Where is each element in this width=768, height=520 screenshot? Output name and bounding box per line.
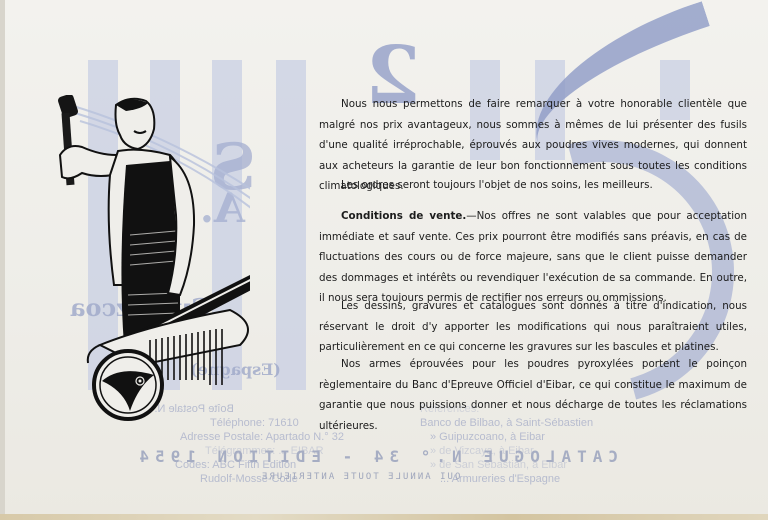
paragraph-text: Conditions de vente.—Nos offres ne sont … [319,206,747,309]
page-edge-bottom [0,514,768,520]
paragraph-text: Les ordres seront toujours l'objet de no… [319,175,747,196]
bleed-catalogue-line: CATALOGUE N.° 34 - EDITION 1954 [158,447,618,466]
conditions-heading: Conditions de vente. [341,210,466,222]
paragraph-conditions: Conditions de vente.—Nos offres ne sont … [319,206,747,309]
catalogue-page: 2 S A. Guipuzcoa (Espagne) Boîte Postale… [0,0,768,520]
bird-emblem-icon [94,351,162,419]
paragraph-text: Nos armes éprouvées pour les poudres pyr… [319,354,747,436]
bleed-sub-line: QUI ANNULE TOUTE ANTERIEURE [260,472,460,482]
conditions-body: —Nos offres ne sont valables que pour ac… [319,210,747,304]
bleed-address-line: Adresse Postale: Apartado N.° 32 [150,430,344,444]
paragraph-orders: Les ordres seront toujours l'objet de no… [319,175,747,196]
paragraph-text: Les dessins, gravures et catalogues sont… [319,296,747,358]
page-edge [0,0,5,520]
paragraph-proof: Nos armes éprouvées pour les poudres pyr… [319,354,747,436]
paragraph-drawings: Les dessins, gravures et catalogues sont… [319,296,747,358]
blacksmith-illustration [30,95,250,425]
bleed-stripe [276,60,306,390]
